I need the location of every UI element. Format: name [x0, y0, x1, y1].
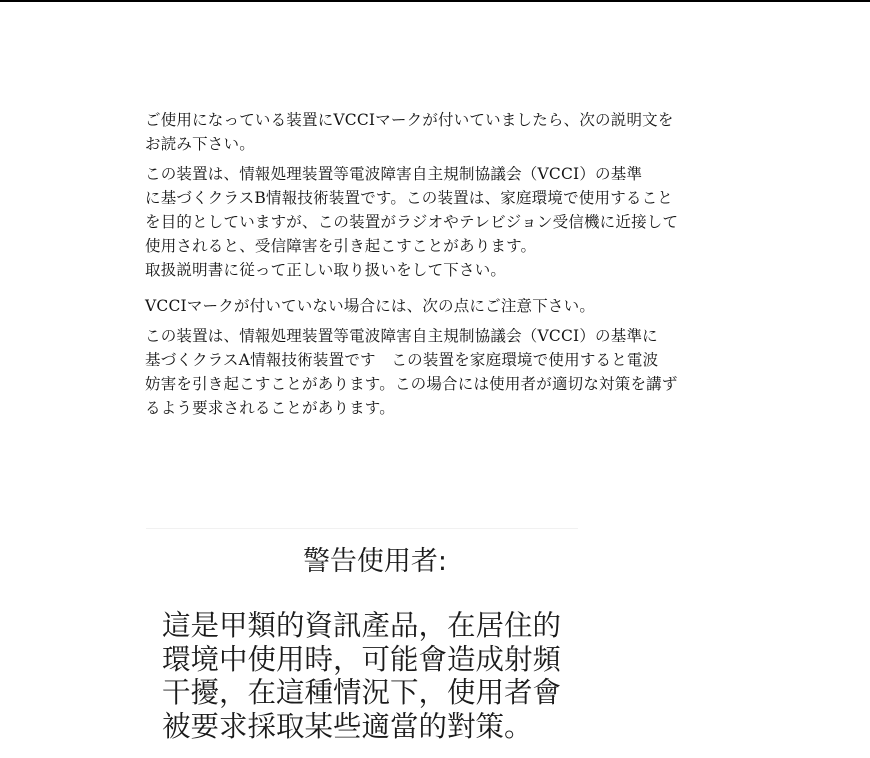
vcci-no-mark-paragraph: VCCIマークが付いていない場合には、次の点にご注意下さい。 [145, 294, 705, 318]
text-line: に基づくクラスB情報技術装置です。この装置は、家庭環境で使用すること [145, 186, 705, 210]
text-line: 被要求採取某些適當的對策。 [162, 710, 592, 744]
text-line: この装置は、情報処理装置等電波障害自主規制協議会（VCCI）の基準に [145, 324, 705, 348]
text-line: を目的としていますが、この装置がラジオやテレビジョン受信機に近接して [145, 210, 705, 234]
text-line: 干擾，在這種情況下，使用者會 [162, 676, 592, 710]
top-rule [0, 0, 870, 2]
text-line: ご使用になっている装置にVCCIマークが付いていましたら、次の説明文を [145, 108, 705, 132]
bsmi-chinese-warning: 警告使用者: 這是甲類的資訊產品，在居住的 環境中使用時，可能會造成射頻 干擾，… [146, 528, 578, 754]
text-line: 使用されると、受信障害を引き起こすことがあります。 [145, 234, 705, 258]
text-line: 環境中使用時，可能會造成射頻 [162, 643, 592, 677]
text-line: 妨害を引き起こすことがあります。この場合には使用者が適切な対策を講ず [145, 372, 705, 396]
vcci-class-a-paragraph: この装置は、情報処理装置等電波障害自主規制協議会（VCCI）の基準に 基づくクラ… [145, 324, 705, 420]
vcci-japanese-notice: ご使用になっている装置にVCCIマークが付いていましたら、次の説明文を お読み下… [145, 108, 705, 426]
text-line: 取扱説明書に従って正しい取り扱いをして下さい。 [145, 258, 705, 282]
text-line: お読み下さい。 [145, 132, 705, 156]
text-line: この装置は、情報処理装置等電波障害自主規制協議会（VCCI）の基準 [145, 162, 705, 186]
text-line: 基づくクラスA情報技術装置です この装置を家庭環境で使用すると電波 [145, 348, 705, 372]
text-line: 這是甲類的資訊產品，在居住的 [162, 609, 592, 643]
vcci-intro-paragraph: ご使用になっている装置にVCCIマークが付いていましたら、次の説明文を お読み下… [145, 108, 705, 156]
vcci-class-b-paragraph: この装置は、情報処理装置等電波障害自主規制協議会（VCCI）の基準 に基づくクラ… [145, 162, 705, 282]
warning-body: 這是甲類的資訊產品，在居住的 環境中使用時，可能會造成射頻 干擾，在這種情況下，… [162, 609, 592, 743]
text-line: VCCIマークが付いていない場合には、次の点にご注意下さい。 [145, 294, 705, 318]
text-line: るよう要求されることがあります。 [145, 396, 705, 420]
warning-title: 警告使用者: [146, 545, 604, 579]
